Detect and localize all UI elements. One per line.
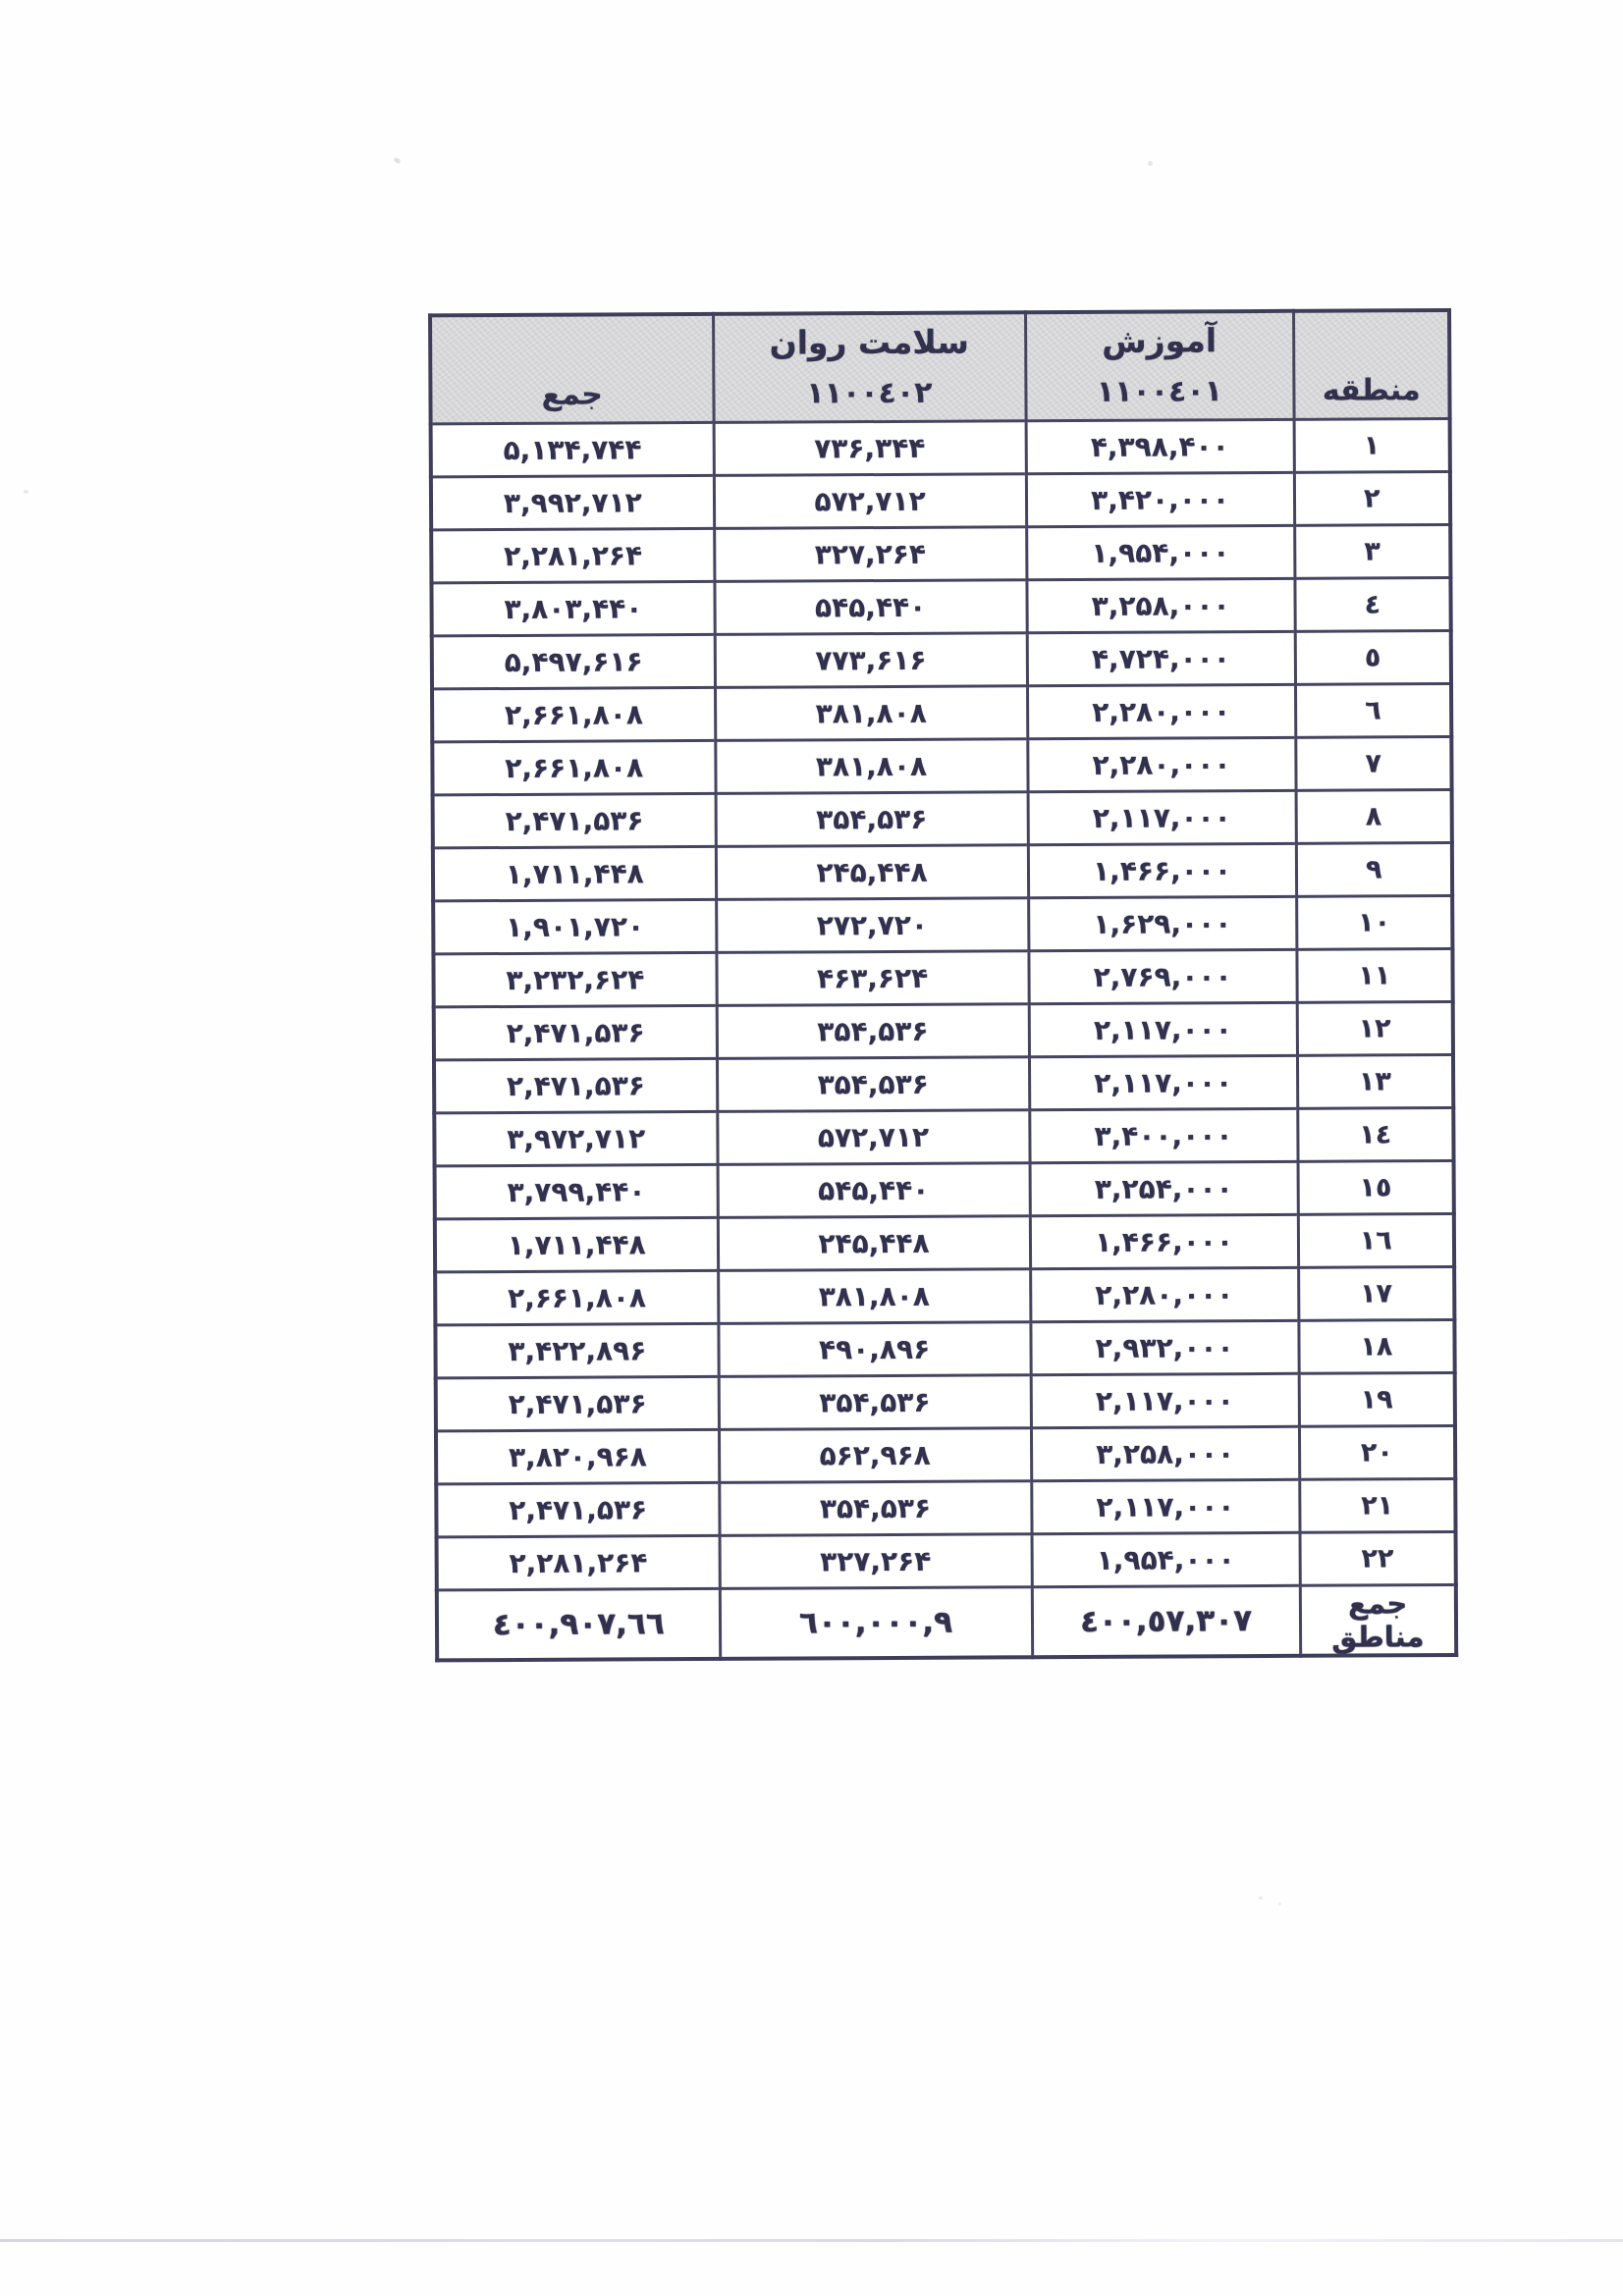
table-row: ۸ ۲,۱۱۷,۰۰۰ ۳۵۴,۵۳۶ ۲,۴۷۱,۵۳۶ [433,789,1452,847]
education-cell: ۴,۳۹۸,۴۰۰ [1026,419,1294,473]
header-mental-health-title: سلامت روان [769,325,969,361]
total-cell: ۳,۷۹۹,۴۴۰ [435,1164,718,1219]
region-cell: ۱۲ [1297,1001,1453,1055]
header-row: منطقه آموزش ۱۱۰۰٤۰۱ سلامت روان ۱۱۰۰٤۰۲ [430,310,1450,424]
table-row: ٦ ۲,۲۸۰,۰۰۰ ۳۸۱,۸۰۸ ۲,۶۶۱,۸۰۸ [432,683,1451,741]
total-cell: ۲,۲۸۱,۲۶۴ [437,1535,720,1590]
scan-speck [24,490,28,494]
total-cell: ۱,۹۰۱,۷۲۰ [433,899,716,954]
table-row: ۲۰ ۳,۲۵۸,۰۰۰ ۵۶۲,۹۶۸ ۳,۸۲۰,۹۶۸ [436,1425,1455,1483]
region-cell: ۱۱ [1296,948,1452,1002]
table-body: ۱ ۴,۳۹۸,۴۰۰ ۷۳۶,۳۴۴ ۵,۱۳۴,۷۴۴ ۲ ۳,۴۲۰,۰۰… [431,418,1456,1589]
education-cell: ۲,۲۸۰,۰۰۰ [1030,1267,1298,1321]
mental-health-cell: ۳۲۷,۲۶۴ [714,527,1026,582]
region-cell: ۱۰ [1296,895,1452,949]
total-cell: ۲,۶۶۱,۸۰۸ [435,1270,718,1325]
total-cell: ۱,۷۱۱,۴۴۸ [433,846,716,901]
total-cell: ۳,۹۹۲,۷۱۲ [431,475,714,530]
education-cell: ۲,۷۶۹,۰۰۰ [1028,949,1296,1003]
education-cell: ۱,۴۶۶,۰۰۰ [1030,1214,1298,1268]
education-cell: ۲,۱۱۷,۰۰۰ [1031,1373,1299,1427]
education-cell: ۳,۲۵۸,۰۰۰ [1026,578,1294,632]
education-cell: ۱,۴۶۶,۰۰۰ [1028,843,1296,897]
region-cell: ۳ [1294,524,1450,578]
footer-education-total: ٥۷,۳۰۷,٤۰۰ [1032,1585,1300,1657]
total-cell: ۲,۴۷۱,۵۳۶ [436,1376,719,1431]
total-cell: ۲,۴۷۱,۵۳۶ [434,1058,717,1113]
mental-health-cell: ۳۸۱,۸۰۸ [715,686,1027,741]
table-footer: جمع مناطق ٥۷,۳۰۷,٤۰۰ ۹,٦۰۰,۰۰۰ ٦٦,۹۰۷,٤۰… [437,1584,1456,1660]
education-cell: ۲,۱۱۷,۰۰۰ [1028,790,1296,844]
table-row: ۱۱ ۲,۷۶۹,۰۰۰ ۴۶۳,۶۲۴ ۳,۲۳۲,۶۲۴ [433,948,1452,1006]
total-cell: ۱,۷۱۱,۴۴۸ [435,1217,718,1272]
total-cell: ۲,۲۸۱,۲۶۴ [431,528,714,583]
region-cell: ۷ [1295,736,1451,790]
mental-health-cell: ۵۶۲,۹۶۸ [719,1428,1031,1483]
budget-table: منطقه آموزش ۱۱۰۰٤۰۱ سلامت روان ۱۱۰۰٤۰۲ [428,308,1454,1662]
table-row: ۱۷ ۲,۲۸۰,۰۰۰ ۳۸۱,۸۰۸ ۲,۶۶۱,۸۰۸ [435,1266,1454,1324]
footer-label: جمع مناطق [1300,1584,1456,1655]
education-cell: ۳,۲۵۸,۰۰۰ [1031,1426,1299,1480]
region-cell: ۲ [1294,471,1450,525]
total-cell: ۲,۴۷۱,۵۳۶ [434,1005,717,1060]
table-row: ۱۲ ۲,۱۱۷,۰۰۰ ۳۵۴,۵۳۶ ۲,۴۷۱,۵۳۶ [434,1001,1453,1059]
total-cell: ۲,۶۶۱,۸۰۸ [432,687,715,742]
region-cell: ۸ [1296,789,1452,843]
mental-health-cell: ۳۵۴,۵۳۶ [719,1375,1031,1430]
mental-health-cell: ۳۵۴,۵۳۶ [719,1481,1031,1536]
header-total: جمع [430,314,714,424]
scan-speck [393,156,402,164]
header-education-code: ۱۱۰۰٤۰۱ [1097,374,1222,409]
region-cell: ۱٤ [1297,1107,1453,1161]
region-cell: ۱۸ [1298,1319,1454,1373]
education-cell: ۱,۹۵۴,۰۰۰ [1026,525,1294,579]
education-cell: ۳,۴۰۰,۰۰۰ [1029,1108,1297,1162]
scan-speck [1148,161,1153,166]
table-row: ۳ ۱,۹۵۴,۰۰۰ ۳۲۷,۲۶۴ ۲,۲۸۱,۲۶۴ [431,524,1450,582]
header-mental-health: سلامت روان ۱۱۰۰٤۰۲ [713,312,1026,422]
header-education-title: آموزش [1102,323,1217,359]
scanned-document-page: منطقه آموزش ۱۱۰۰٤۰۱ سلامت روان ۱۱۰۰٤۰۲ [0,0,1623,2296]
mental-health-cell: ۳۸۱,۸۰۸ [718,1269,1030,1324]
table-row: ۱۸ ۲,۹۳۲,۰۰۰ ۴۹۰,۸۹۶ ۳,۴۲۲,۸۹۶ [435,1319,1454,1377]
header-region-label: منطقه [1295,312,1448,418]
mental-health-cell: ۴۶۳,۶۲۴ [716,951,1028,1006]
education-cell: ۱,۶۲۹,۰۰۰ [1028,896,1296,950]
scan-speck [1278,1902,1281,1905]
total-cell: ۵,۴۹۷,۶۱۶ [432,634,715,689]
region-cell: ٥ [1295,630,1451,684]
table-row: ٥ ۴,۷۲۴,۰۰۰ ۷۷۳,۶۱۶ ۵,۴۹۷,۶۱۶ [432,630,1451,688]
region-budget-table: منطقه آموزش ۱۱۰۰٤۰۱ سلامت روان ۱۱۰۰٤۰۲ [428,308,1458,1662]
mental-health-cell: ۵۷۲,۷۱۲ [717,1110,1029,1165]
total-cell: ۳,۸۰۳,۴۴۰ [431,581,714,636]
mental-health-cell: ۳۵۴,۵۳۶ [717,1004,1029,1059]
header-education: آموزش ۱۱۰۰٤۰۱ [1025,311,1294,421]
total-cell: ۲,۶۶۱,۸۰۸ [432,740,715,795]
region-cell: ٦ [1295,683,1451,737]
region-cell: ۱۹ [1299,1372,1455,1426]
mental-health-cell: ۳۵۴,۵۳۶ [717,1057,1029,1112]
table-row: ۲ ۳,۴۲۰,۰۰۰ ۵۷۲,۷۱۲ ۳,۹۹۲,۷۱۲ [431,471,1450,529]
education-cell: ۲,۱۱۷,۰۰۰ [1029,1002,1297,1056]
footer-mental-health-total: ۹,٦۰۰,۰۰۰ [720,1587,1032,1659]
footer-grand-total: ٦٦,۹۰۷,٤۰۰ [437,1588,720,1660]
region-cell: ۱٥ [1298,1160,1454,1214]
total-cell: ۳,۸۲۰,۹۶۸ [436,1429,719,1484]
region-cell: ۹ [1296,842,1452,896]
table-row: ۱۹ ۲,۱۱۷,۰۰۰ ۳۵۴,۵۳۶ ۲,۴۷۱,۵۳۶ [436,1372,1455,1430]
region-cell: ۲۱ [1299,1478,1455,1532]
table-row: ۱٤ ۳,۴۰۰,۰۰۰ ۵۷۲,۷۱۲ ۳,۹۷۲,۷۱۲ [434,1107,1453,1165]
region-cell: ۱۷ [1298,1266,1454,1320]
education-cell: ۱,۹۵۴,۰۰۰ [1032,1532,1300,1586]
mental-health-cell: ۵۷۲,۷۱۲ [714,474,1026,529]
mental-health-cell: ۲۷۲,۷۲۰ [716,898,1028,953]
education-cell: ۲,۱۱۷,۰۰۰ [1029,1055,1297,1109]
total-cell: ۳,۹۷۲,۷۱۲ [434,1111,717,1166]
mental-health-cell: ۳۸۱,۸۰۸ [715,739,1027,794]
header-mental-health-code: ۱۱۰۰٤۰۲ [806,376,932,411]
mental-health-cell: ۳۲۷,۲۶۴ [720,1534,1032,1589]
education-cell: ۳,۴۲۰,۰۰۰ [1026,472,1294,526]
region-cell: ۲۲ [1300,1531,1456,1585]
education-cell: ۴,۷۲۴,۰۰۰ [1027,631,1295,685]
region-cell: ٤ [1294,577,1450,631]
total-cell: ۳,۴۲۲,۸۹۶ [435,1323,718,1378]
footer-row: جمع مناطق ٥۷,۳۰۷,٤۰۰ ۹,٦۰۰,۰۰۰ ٦٦,۹۰۷,٤۰… [437,1584,1456,1660]
total-cell: ۲,۴۷۱,۵۳۶ [436,1482,719,1537]
table-row: ۱٦ ۱,۴۶۶,۰۰۰ ۲۴۵,۴۴۸ ۱,۷۱۱,۴۴۸ [435,1213,1454,1271]
mental-health-cell: ۷۳۶,۳۴۴ [714,421,1026,476]
region-cell: ۱٦ [1298,1213,1454,1267]
table-row: ۲۱ ۲,۱۱۷,۰۰۰ ۳۵۴,۵۳۶ ۲,۴۷۱,۵۳۶ [436,1478,1455,1536]
region-cell: ۱۳ [1297,1054,1453,1108]
table-row: ۲۲ ۱,۹۵۴,۰۰۰ ۳۲۷,۲۶۴ ۲,۲۸۱,۲۶۴ [437,1531,1456,1589]
scan-artifact-line [0,2239,1623,2242]
table-row: ۱۰ ۱,۶۲۹,۰۰۰ ۲۷۲,۷۲۰ ۱,۹۰۱,۷۲۰ [433,895,1452,953]
header-region: منطقه [1293,310,1450,419]
region-cell: ۲۰ [1299,1425,1455,1479]
table-header: منطقه آموزش ۱۱۰۰٤۰۱ سلامت روان ۱۱۰۰٤۰۲ [430,310,1450,424]
total-cell: ۵,۱۳۴,۷۴۴ [431,422,714,477]
table-row: ٤ ۳,۲۵۸,۰۰۰ ۵۴۵,۴۴۰ ۳,۸۰۳,۴۴۰ [431,577,1450,635]
mental-health-cell: ۵۴۵,۴۴۰ [718,1163,1030,1218]
education-cell: ۲,۱۱۷,۰۰۰ [1031,1479,1299,1533]
table-row: ۷ ۲,۲۸۰,۰۰۰ ۳۸۱,۸۰۸ ۲,۶۶۱,۸۰۸ [432,736,1451,794]
table-row: ۹ ۱,۴۶۶,۰۰۰ ۲۴۵,۴۴۸ ۱,۷۱۱,۴۴۸ [433,842,1452,900]
mental-health-cell: ۲۴۵,۴۴۸ [718,1216,1030,1271]
mental-health-cell: ۷۷۳,۶۱۶ [715,633,1027,688]
education-cell: ۳,۲۵۴,۰۰۰ [1030,1161,1298,1215]
table-row: ۱ ۴,۳۹۸,۴۰۰ ۷۳۶,۳۴۴ ۵,۱۳۴,۷۴۴ [431,418,1450,476]
education-cell: ۲,۲۸۰,۰۰۰ [1027,737,1295,791]
table-row: ۱۳ ۲,۱۱۷,۰۰۰ ۳۵۴,۵۳۶ ۲,۴۷۱,۵۳۶ [434,1054,1453,1112]
education-cell: ۲,۹۳۲,۰۰۰ [1030,1320,1298,1374]
mental-health-cell: ۴۹۰,۸۹۶ [718,1322,1030,1377]
scan-speck [1259,1896,1263,1899]
total-cell: ۲,۴۷۱,۵۳۶ [433,793,716,848]
region-cell: ۱ [1294,418,1450,472]
table-row: ۱٥ ۳,۲۵۴,۰۰۰ ۵۴۵,۴۴۰ ۳,۷۹۹,۴۴۰ [435,1160,1454,1218]
header-total-label: جمع [432,316,712,422]
mental-health-cell: ۵۴۵,۴۴۰ [714,580,1026,635]
mental-health-cell: ۳۵۴,۵۳۶ [716,792,1028,847]
mental-health-cell: ۲۴۵,۴۴۸ [716,845,1028,900]
education-cell: ۲,۲۸۰,۰۰۰ [1027,684,1295,738]
total-cell: ۳,۲۳۲,۶۲۴ [433,952,716,1007]
